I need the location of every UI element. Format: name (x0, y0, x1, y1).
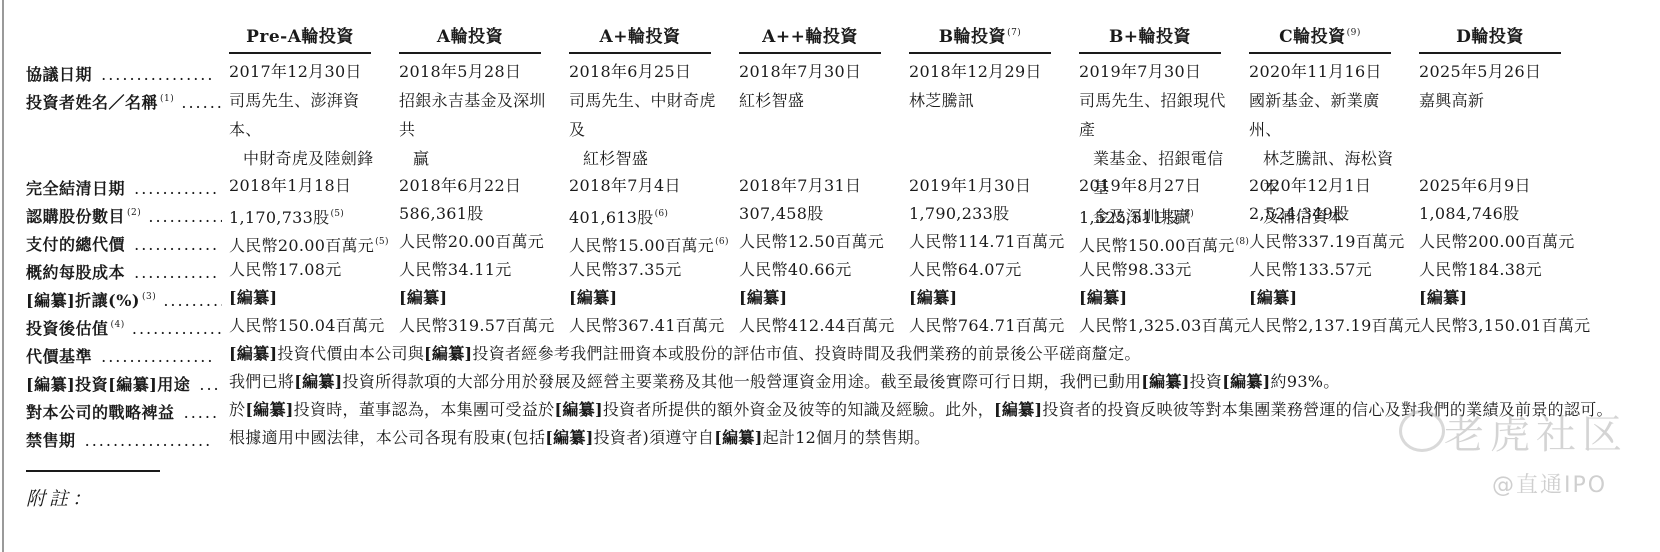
table-cell: 嘉興高新 (1419, 86, 1577, 115)
cell-line: 紅杉智盛 (739, 86, 897, 115)
table-cell: 307,458股 (739, 200, 824, 228)
cell-line: 嘉興高新 (1419, 86, 1577, 115)
table-cell: 招銀永吉基金及深圳共贏 (399, 86, 557, 173)
column-header-underline (1079, 52, 1221, 54)
cell-value: 人民幣133.57元 (1249, 260, 1372, 279)
column-header-label: B+輪投資 (1109, 27, 1191, 47)
table-cell: [編纂] (739, 284, 787, 312)
table-cell: [編纂] (399, 284, 447, 312)
cell-value: 2018年6月25日 (569, 62, 691, 81)
footnote-ref: (5) (330, 209, 344, 219)
column-header-underline (1249, 52, 1391, 54)
column-header-label: A++輪投資 (762, 27, 858, 47)
table-cell: 人民幣34.11元 (399, 256, 512, 284)
footnote-ref: (3) (142, 292, 156, 302)
cell-value: 人民幣20.00百萬元 (229, 236, 374, 255)
cell-value: 人民幣319.57百萬元 (399, 316, 555, 335)
row-text-use-of-proceeds: 我們已將[編纂]投資所得款項的大部分用於發展及經營主要業務及其他一般營運資金用途… (229, 368, 1340, 396)
leader-dots: ..... (177, 403, 220, 422)
table-cell: 2018年5月28日 (399, 58, 521, 86)
cell-value: 人民幣64.07元 (909, 260, 1022, 279)
table-cell: 人民幣367.41百萬元 (569, 312, 725, 340)
table-cell: 人民幣412.44百萬元 (739, 312, 895, 340)
cell-value: [編纂] (1419, 288, 1467, 307)
cell-value: 人民幣37.35元 (569, 260, 682, 279)
table-cell: 2018年1月18日 (229, 172, 351, 200)
cell-value: 人民幣98.33元 (1079, 260, 1192, 279)
cell-value: [編纂] (399, 288, 447, 307)
text-segment: 我們已將 (229, 372, 294, 391)
footnote-ref: (2) (127, 208, 141, 218)
text-segment: 根據適用中國法律，本公司各現有股東(包括 (229, 428, 545, 447)
cell-value: [編纂] (1079, 288, 1127, 307)
watermark-main: 老虎社区 (1396, 403, 1628, 460)
column-header-underline (739, 52, 881, 54)
footnote-title: 附註： (26, 484, 95, 511)
table-cell: 人民幣37.35元 (569, 256, 682, 284)
table-cell: 2019年8月27日 (1079, 172, 1201, 200)
column-header: A+輪投資 (569, 22, 711, 47)
row-label-shares-subscribed: 認購股份數目(2) ........... (26, 204, 222, 227)
footnote-ref: (8) (1180, 209, 1194, 219)
row-label-text: 完全結清日期 (26, 179, 127, 198)
column-header-label: Pre-A輪投資 (246, 27, 354, 47)
text-segment: 投資者所提供的額外資金及彼等的知識及經驗。此外， (603, 400, 994, 419)
text-segment: 約93%。 (1271, 372, 1340, 391)
cell-value: [編纂] (229, 288, 277, 307)
cell-value: 2018年12月29日 (909, 62, 1042, 81)
table-cell: 586,361股 (399, 200, 484, 228)
table-cell: 人民幣337.19百萬元 (1249, 228, 1405, 256)
table-cell: 人民幣20.00百萬元 (399, 228, 544, 256)
cell-line: 林芝騰訊 (909, 86, 1067, 115)
table-cell: [編纂] (1419, 284, 1467, 312)
leader-dots: ............. (125, 319, 222, 338)
row-label-agreement-date: 協議日期 ................ (26, 62, 222, 85)
footnote-divider (26, 470, 160, 472)
cell-value: 2020年11月16日 (1249, 62, 1382, 81)
text-segment: 投資者)須遵守自 (594, 428, 715, 447)
row-label-text: 支付的總代價 (26, 235, 127, 254)
row-label-investors: 投資者姓名／名稱(1) ...... (26, 90, 222, 113)
redacted-marker: [編纂] (994, 400, 1042, 419)
column-header: A++輪投資 (739, 22, 881, 47)
row-label-text: [編纂]折讓(%) (26, 291, 142, 310)
cell-value: 586,361股 (399, 204, 484, 223)
column-header-underline (569, 52, 711, 54)
column-header: B輪投資(7) (909, 22, 1051, 47)
watermark-sub: @直通IPO (1492, 468, 1607, 499)
cell-line: 司馬先生、招銀現代產 (1079, 86, 1237, 144)
cell-value: 1,790,233股 (909, 204, 1009, 223)
table-cell: 2020年12月1日 (1249, 172, 1371, 200)
cell-value: 人民幣2,137.19百萬元 (1249, 316, 1420, 335)
row-label-total-consideration: 支付的總代價 ............ (26, 232, 222, 255)
text-segment: 投資代價由本公司與 (277, 344, 424, 363)
cell-value: 2017年12月30日 (229, 62, 362, 81)
cell-value: 人民幣1,325.03百萬元 (1079, 316, 1250, 335)
row-label-lock-up: 禁售期 .................. (26, 428, 222, 451)
cell-value: 人民幣3,150.01百萬元 (1419, 316, 1590, 335)
row-label-post-money-valuation: 投資後估值(4) ............. (26, 316, 222, 339)
row-label-use-of-proceeds: [編纂]投資[編纂]用途 ...... (26, 372, 222, 395)
row-label-discount: [編纂]折讓(%)(3) ........... (26, 288, 222, 311)
cell-value: 人民幣200.00百萬元 (1419, 232, 1575, 251)
row-label-text: 禁售期 (26, 431, 78, 450)
cell-value: 人民幣412.44百萬元 (739, 316, 895, 335)
leader-dots: ................ (94, 65, 214, 84)
redacted-marker: [編纂] (424, 344, 472, 363)
column-header: D輪投資 (1419, 22, 1561, 47)
table-cell: 司馬先生、中財奇虎及紅杉智盛 (569, 86, 727, 173)
cell-value: [編纂] (739, 288, 787, 307)
cell-value: 人民幣34.11元 (399, 260, 512, 279)
table-cell: 林芝騰訊 (909, 86, 1067, 115)
footnote-ref: (7) (1007, 28, 1021, 38)
redacted-marker: [編纂] (545, 428, 593, 447)
table-cell: 人民幣1,325.03百萬元 (1079, 312, 1250, 340)
cell-value: 2020年12月1日 (1249, 176, 1371, 195)
table-cell: 人民幣17.08元 (229, 256, 342, 284)
row-text-basis-of-consideration: [編纂]投資代價由本公司與[編纂]投資者經參考我們註冊資本或股份的評估市值、投資… (229, 340, 1141, 368)
cell-value: 人民幣150.04百萬元 (229, 316, 385, 335)
cell-value: [編纂] (569, 288, 617, 307)
cell-value: 人民幣337.19百萬元 (1249, 232, 1405, 251)
leader-dots: ...... (192, 375, 222, 394)
table-cell: 1,790,233股 (909, 200, 1009, 228)
cell-value: 1,525,511股 (1079, 208, 1179, 227)
cell-line: 招銀永吉基金及深圳共 (399, 86, 557, 144)
cell-line: 贏 (399, 144, 557, 173)
table-cell: 人民幣64.07元 (909, 256, 1022, 284)
cell-value: 2,524,349股 (1249, 204, 1349, 223)
table-cell: 2018年7月4日 (569, 172, 681, 200)
cell-value: [編纂] (909, 288, 957, 307)
cell-value: 401,613股 (569, 208, 654, 227)
column-header: A輪投資 (399, 22, 541, 47)
column-header-underline (1419, 52, 1561, 54)
cell-value: 人民幣764.71百萬元 (909, 316, 1065, 335)
cell-value: 人民幣184.38元 (1419, 260, 1542, 279)
redacted-marker: [編纂] (1141, 372, 1189, 391)
cell-value: 人民幣17.08元 (229, 260, 342, 279)
redacted-marker: [編纂] (245, 400, 293, 419)
column-header: C輪投資(9) (1249, 22, 1391, 47)
cell-value: 307,458股 (739, 204, 824, 223)
leader-dots: ................ (94, 347, 214, 366)
cell-line: 紅杉智盛 (569, 144, 727, 173)
table-cell: [編纂] (909, 284, 957, 312)
table-cell: 人民幣114.71百萬元 (909, 228, 1065, 256)
row-label-text: 投資者姓名／名稱 (26, 93, 160, 112)
cell-value: 2018年7月30日 (739, 62, 861, 81)
table-cell: 紅杉智盛 (739, 86, 897, 115)
cell-value: 2018年7月4日 (569, 176, 681, 195)
table-cell: 司馬先生、澎湃資本、中財奇虎及陸劍鋒 (229, 86, 387, 173)
table-cell: 2018年7月30日 (739, 58, 861, 86)
table-cell: 1,084,746股 (1419, 200, 1519, 228)
table-cell: 2019年7月30日 (1079, 58, 1201, 86)
cell-line: 司馬先生、中財奇虎及 (569, 86, 727, 144)
column-header-label: A+輪投資 (600, 27, 681, 47)
leader-dots: ............ (127, 179, 219, 198)
row-label-settlement-date: 完全結清日期 ............ (26, 176, 222, 199)
table-cell: 2025年5月26日 (1419, 58, 1541, 86)
table-cell: 人民幣150.04百萬元 (229, 312, 385, 340)
cell-line: 中財奇虎及陸劍鋒 (229, 144, 387, 173)
redacted-marker: [編纂] (294, 372, 342, 391)
table-cell: [編纂] (569, 284, 617, 312)
footnote-ref: (4) (111, 320, 125, 330)
table-cell: 2020年11月16日 (1249, 58, 1382, 86)
column-header-label: A輪投資 (437, 27, 503, 47)
cell-value: 2019年7月30日 (1079, 62, 1201, 81)
column-header-label: D輪投資 (1456, 27, 1524, 47)
table-cell: 2018年7月31日 (739, 172, 861, 200)
cell-value: 2019年8月27日 (1079, 176, 1201, 195)
table-cell: 人民幣12.50百萬元 (739, 228, 884, 256)
cell-value: 人民幣20.00百萬元 (399, 232, 544, 251)
leader-dots: ............ (127, 235, 219, 254)
redacted-marker: [編纂] (714, 428, 762, 447)
cell-value: 2019年1月30日 (909, 176, 1031, 195)
watermark-main-text: 老虎社区 (1444, 412, 1628, 458)
table-cell: 2,524,349股 (1249, 200, 1349, 228)
table-cell: 人民幣3,150.01百萬元 (1419, 312, 1590, 340)
text-segment: 於 (229, 400, 245, 419)
table-cell: 2018年6月25日 (569, 58, 691, 86)
text-segment: 起計12個月的禁售期。 (763, 428, 931, 447)
cell-value: 人民幣15.00百萬元 (569, 236, 714, 255)
text-segment: 投資者經參考我們註冊資本或股份的評估市值、投資時間及我們業務的前景後公平磋商釐定… (472, 344, 1140, 363)
footnote-ref: (1) (160, 94, 174, 104)
leader-dots: .................. (78, 431, 213, 450)
column-header-underline (909, 52, 1051, 54)
cell-value: 人民幣12.50百萬元 (739, 232, 884, 251)
text-segment: 投資 (1190, 372, 1223, 391)
table-cell: [編纂] (229, 284, 277, 312)
cell-value: [編纂] (1249, 288, 1297, 307)
cell-value: 人民幣40.66元 (739, 260, 852, 279)
table-cell: 2019年1月30日 (909, 172, 1031, 200)
table-cell: 人民幣2,137.19百萬元 (1249, 312, 1420, 340)
text-segment: 投資時，董事認為，本集團可受益於 (294, 400, 555, 419)
row-label-text: 概約每股成本 (26, 263, 127, 282)
row-label-text: 對本公司的戰略裨益 (26, 403, 177, 422)
footnote-ref: (8) (1236, 237, 1250, 247)
cell-line: 司馬先生、澎湃資本、 (229, 86, 387, 144)
row-label-basis-of-consideration: 代價基準 ................ (26, 344, 222, 367)
column-header: B+輪投資 (1079, 22, 1221, 47)
row-label-text: 投資後估值 (26, 319, 111, 338)
table-cell: [編纂] (1249, 284, 1297, 312)
footnote-ref: (5) (375, 237, 389, 247)
cell-value: 1,170,733股 (229, 208, 329, 227)
table-cell: [編纂] (1079, 284, 1127, 312)
table-cell: 2018年6月22日 (399, 172, 521, 200)
leader-dots: ........... (156, 291, 222, 310)
cell-value: 2018年1月18日 (229, 176, 351, 195)
footnote-ref: (6) (655, 209, 669, 219)
cell-value: 2025年5月26日 (1419, 62, 1541, 81)
row-text-lock-up: 根據適用中國法律，本公司各現有股東(包括[編纂]投資者)須遵守自[編纂]起計12… (229, 424, 930, 452)
leader-dots: ........... (141, 207, 222, 226)
row-label-strategic-benefits: 對本公司的戰略裨益 ..... (26, 400, 222, 423)
table-cell: 人民幣184.38元 (1419, 256, 1542, 284)
table-cell: 人民幣764.71百萬元 (909, 312, 1065, 340)
leader-dots: ............ (127, 263, 219, 282)
cell-line: 國新基金、新業廣州、 (1249, 86, 1407, 144)
cell-value: 2025年6月9日 (1419, 176, 1531, 195)
table-cell: 2025年6月9日 (1419, 172, 1531, 200)
text-segment: 投資所得款項的大部分用於發展及經營主要業務及其他一般營運資金用途。截至最後實際可… (343, 372, 1142, 391)
footnote-ref: (9) (1347, 28, 1361, 38)
column-header-label: B輪投資 (939, 27, 1006, 47)
row-label-text: 代價基準 (26, 347, 94, 366)
cell-value: 人民幣150.00百萬元 (1079, 236, 1235, 255)
table-cell: 人民幣98.33元 (1079, 256, 1192, 284)
cell-value: 1,084,746股 (1419, 204, 1519, 223)
redacted-marker: [編纂] (229, 344, 277, 363)
column-header-label: C輪投資 (1279, 27, 1346, 47)
redacted-marker: [編纂] (1222, 372, 1270, 391)
cell-value: 人民幣114.71百萬元 (909, 232, 1065, 251)
table-cell: 人民幣40.66元 (739, 256, 852, 284)
table-cell: 人民幣319.57百萬元 (399, 312, 555, 340)
cell-value: 2018年5月28日 (399, 62, 521, 81)
cell-value: 2018年6月22日 (399, 176, 521, 195)
table-cell: 2017年12月30日 (229, 58, 362, 86)
footnote-ref: (6) (715, 237, 729, 247)
column-header: Pre-A輪投資 (229, 22, 371, 47)
cell-value: 2018年7月31日 (739, 176, 861, 195)
table-cell: 人民幣200.00百萬元 (1419, 228, 1575, 256)
row-label-cost-per-share: 概約每股成本 ............ (26, 260, 222, 283)
column-header-underline (229, 52, 371, 54)
row-label-text: 協議日期 (26, 65, 94, 84)
cell-value: 人民幣367.41百萬元 (569, 316, 725, 335)
page-left-border (2, 0, 4, 552)
table-cell: 人民幣133.57元 (1249, 256, 1372, 284)
row-label-text: [編纂]投資[編纂]用途 (26, 375, 192, 394)
row-label-text: 認購股份數目 (26, 207, 127, 226)
table-cell: 2018年12月29日 (909, 58, 1042, 86)
leader-dots: ...... (174, 93, 222, 112)
redacted-marker: [編纂] (554, 400, 602, 419)
column-header-underline (399, 52, 541, 54)
